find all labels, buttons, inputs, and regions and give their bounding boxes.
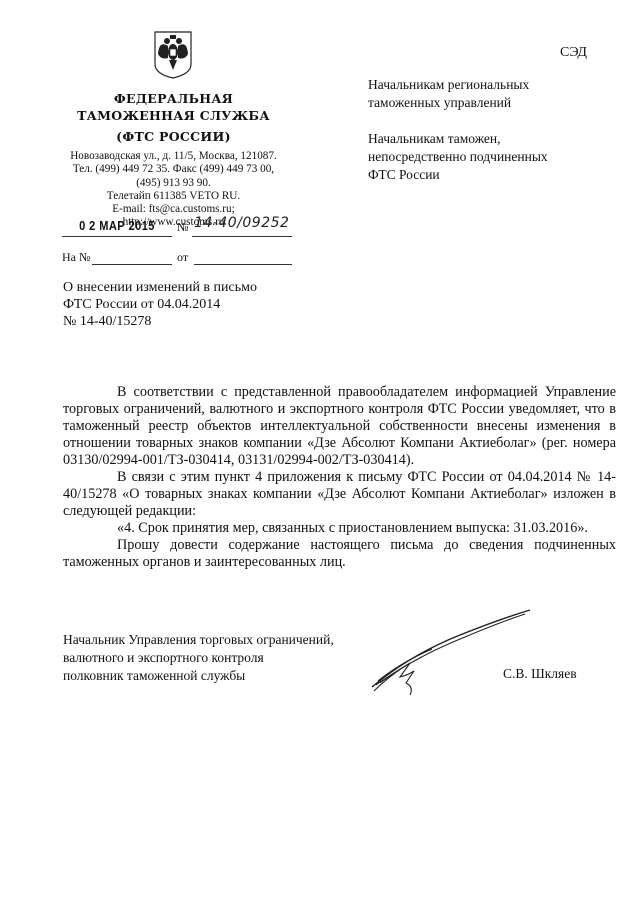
phone-fax: Тел. (499) 449 72 35. Факс (499) 449 73 … (60, 163, 287, 176)
address: Новозаводская ул., д. 11/5, Москва, 1210… (60, 150, 287, 163)
organization-name: ФЕДЕРАЛЬНАЯ ТАМОЖЕННАЯ СЛУЖБА (ФТС РОССИ… (60, 90, 287, 145)
signatory-title-line-2: валютного и экспортного контроля (63, 649, 334, 667)
org-line-3: (ФТС РОССИИ) (60, 128, 287, 145)
ref-number-label: На № (62, 250, 90, 265)
addressee-2-line-1: Начальникам таможен, (368, 130, 548, 148)
registration-line: 0 2 МАР 2015 № 14-40/09252 (62, 218, 294, 242)
coat-of-arms-icon (153, 30, 193, 80)
subject-line-1: О внесении изменений в письмо (63, 279, 323, 296)
addressee-2: Начальникам таможен, непосредственно под… (368, 130, 548, 184)
ref-from-label: от (177, 250, 188, 265)
addressee-1-line-2: таможенных управлений (368, 94, 529, 112)
subject-line-2: ФТС России от 04.04.2014 (63, 296, 323, 313)
ref-number-blank (92, 264, 172, 265)
phone-2: (495) 913 93 90. (60, 177, 287, 190)
letter-body: В соответствии с представленной правообл… (63, 384, 616, 571)
number-underline (192, 236, 292, 237)
org-line-1: ФЕДЕРАЛЬНАЯ (60, 90, 287, 107)
addressee-1: Начальникам региональных таможенных упра… (368, 76, 529, 112)
date-underline (62, 236, 172, 237)
addressee-2-line-3: ФТС России (368, 166, 548, 184)
addressee-1-line-1: Начальникам региональных (368, 76, 529, 94)
registration-date-stamp: 0 2 МАР 2015 (70, 218, 164, 233)
number-label: № (177, 220, 188, 235)
body-paragraph-1: В соответствии с представленной правообл… (63, 384, 616, 469)
signatory-name: С.В. Шкляев (503, 666, 577, 682)
subject: О внесении изменений в письмо ФТС России… (63, 279, 323, 330)
signatory-title-line-1: Начальник Управления торговых ограничени… (63, 631, 334, 649)
ref-date-blank (194, 264, 292, 265)
signatory-title: Начальник Управления торговых ограничени… (63, 631, 334, 685)
org-line-2: ТАМОЖЕННАЯ СЛУЖБА (60, 107, 287, 124)
signatory-title-line-3: полковник таможенной службы (63, 667, 334, 685)
body-paragraph-3: «4. Срок принятия мер, связанных с приос… (63, 520, 616, 537)
body-paragraph-4: Прошу довести содержание настоящего пись… (63, 537, 616, 571)
sed-marker: СЭД (560, 45, 587, 61)
registration-number: 14-40/09252 (194, 215, 289, 231)
addressee-2-line-2: непосредственно подчиненных (368, 148, 548, 166)
body-paragraph-2: В связи с этим пункт 4 приложения к пись… (63, 469, 616, 520)
reference-line: На № от (62, 250, 294, 270)
subject-line-3: № 14-40/15278 (63, 313, 323, 330)
handwritten-signature-icon (370, 605, 535, 700)
teletype: Телетайп 611385 VETO RU. (60, 190, 287, 203)
